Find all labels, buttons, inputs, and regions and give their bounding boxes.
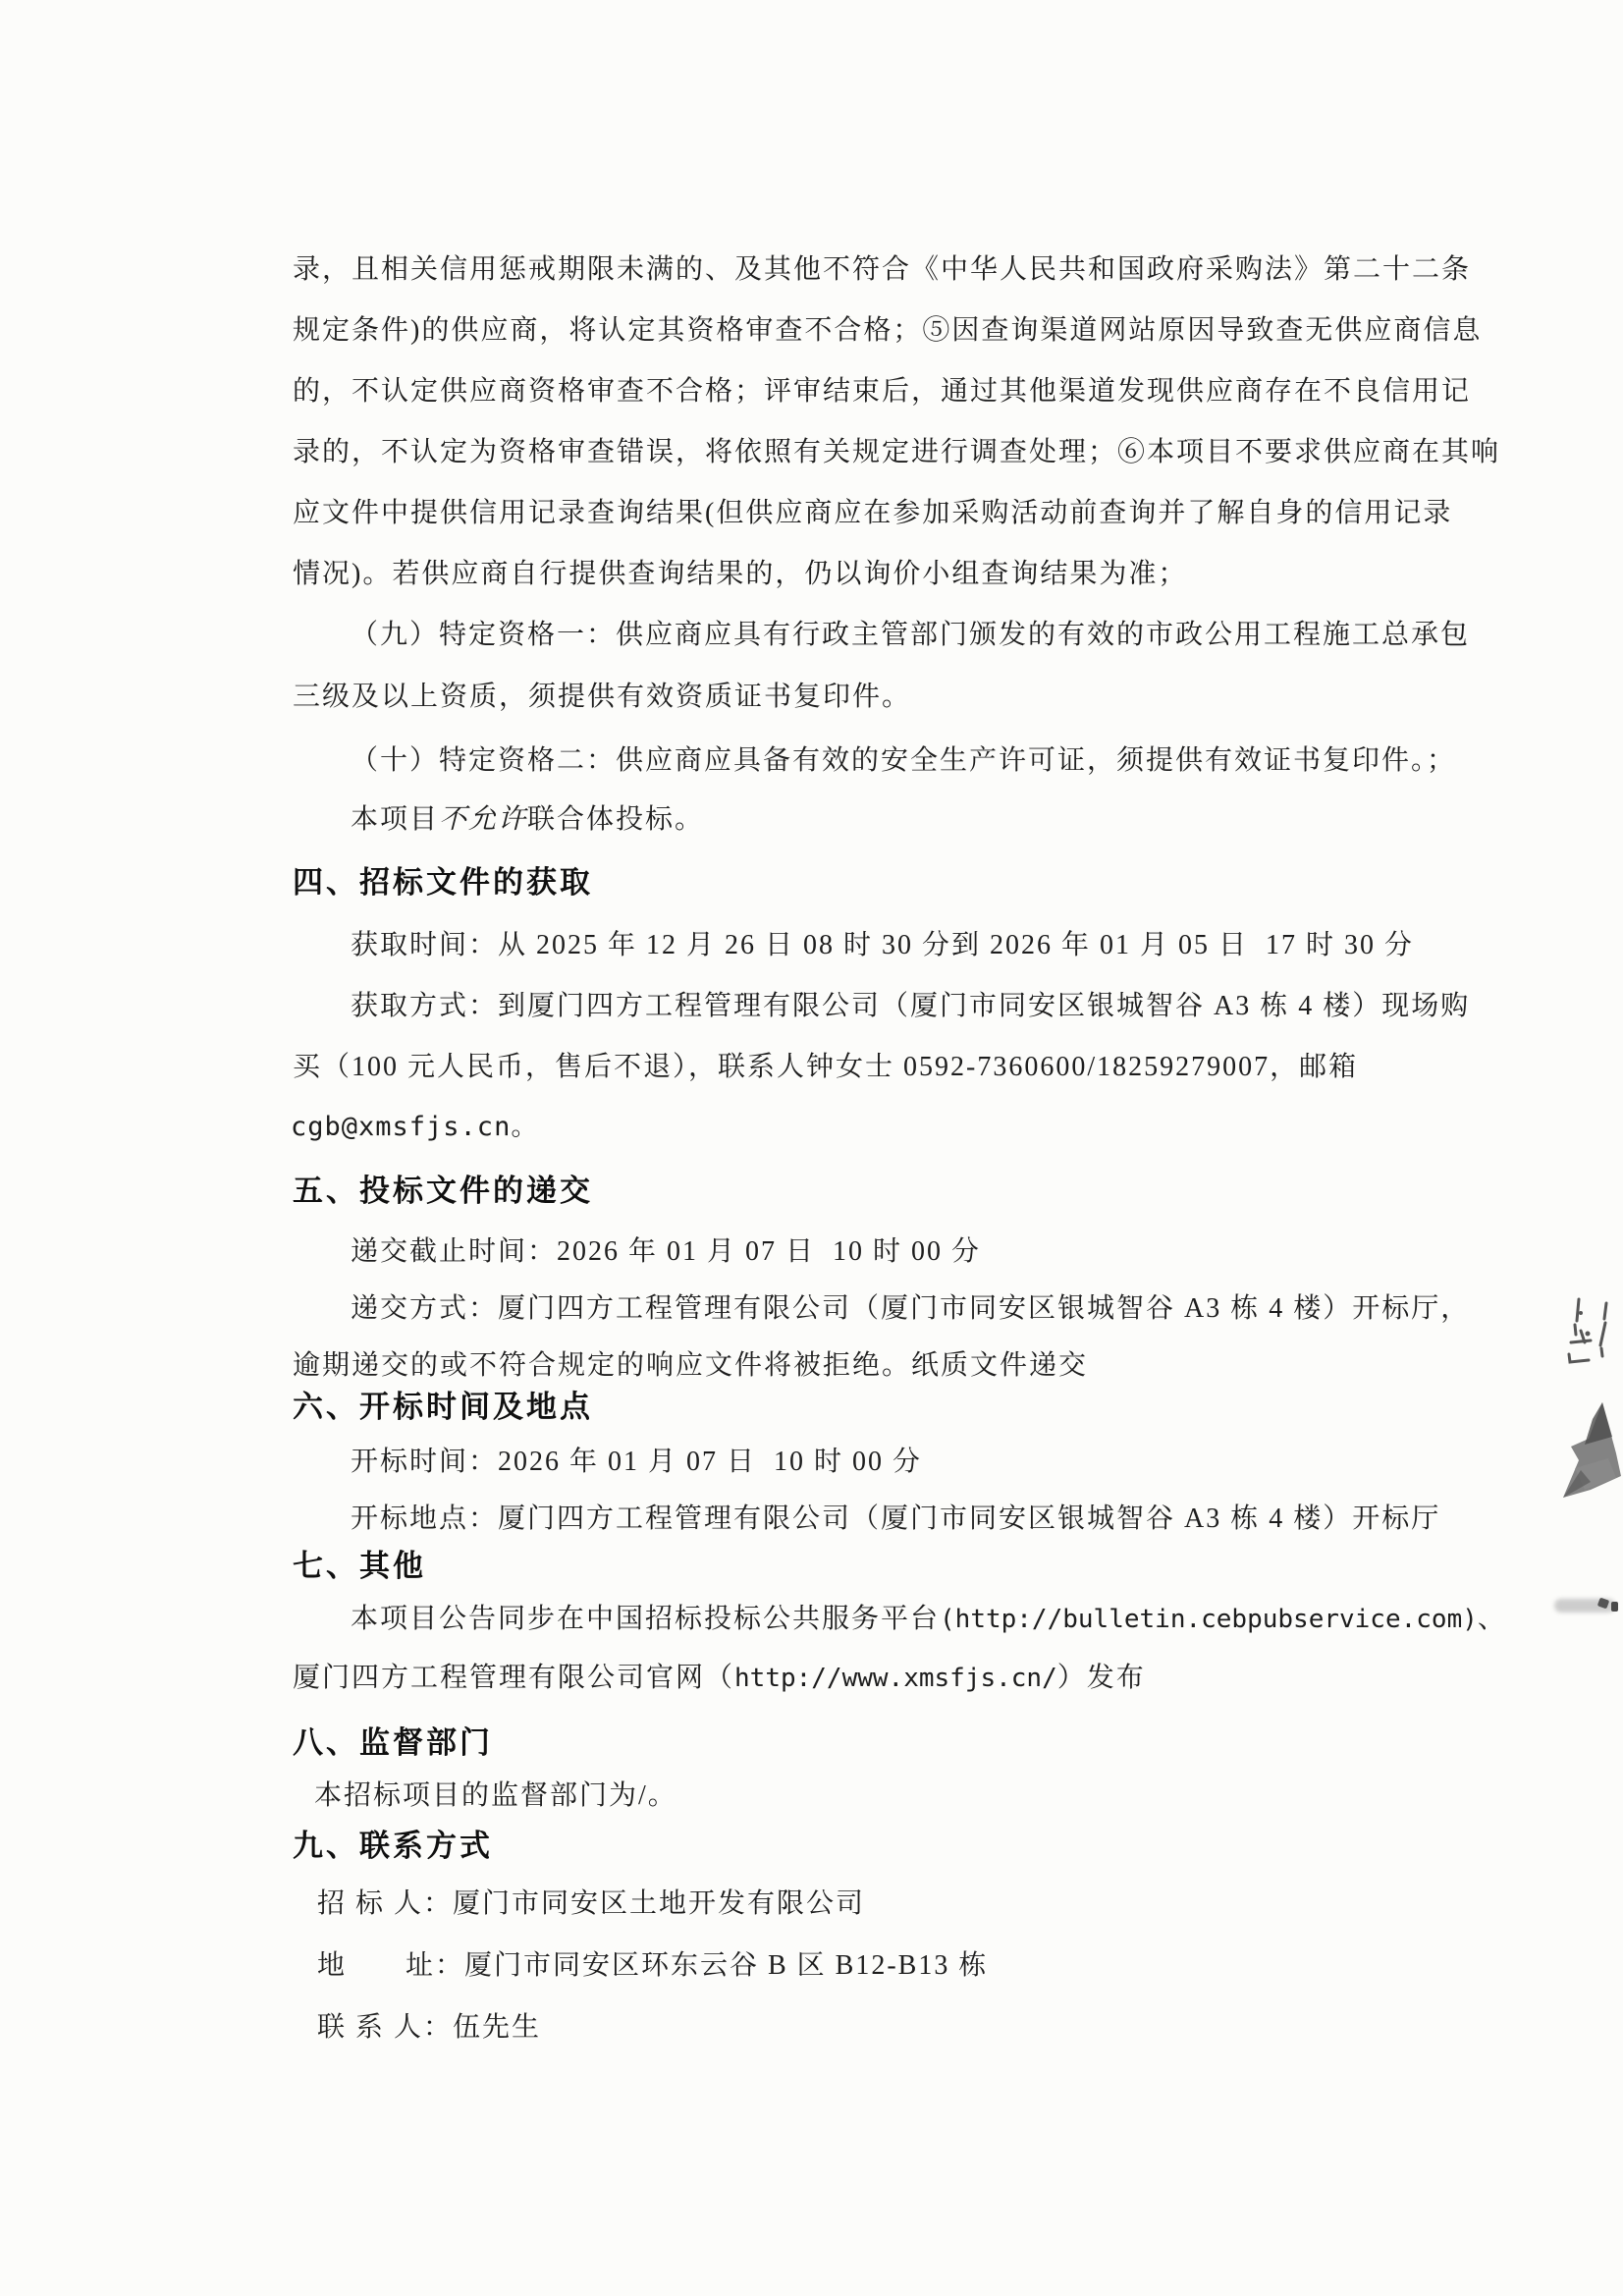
heading-section-7: 七、其他 xyxy=(293,1548,426,1584)
email-line: cgb@xmsfjs.cn。 xyxy=(291,1112,538,1143)
paragraph-line: 录的，不认定为资格审查错误，将依照有关规定进行调查处理；⑥本项目不要求供应商在其… xyxy=(293,436,1500,469)
open-time-line: 开标时间：2026 年 01 月 07 日 10 时 00 分 xyxy=(351,1446,922,1479)
heading-section-6: 六、开标时间及地点 xyxy=(293,1389,593,1425)
paragraph-line: 的，不认定供应商资格审查不合格；评审结束后，通过其他渠道发现供应商存在不良信用记 xyxy=(293,375,1471,409)
url-text: http://www.xmsfjs.cn/ xyxy=(734,1664,1057,1693)
text-run: 厦门四方工程管理有限公司官网（ xyxy=(293,1663,734,1693)
obtain-method-line: 获取方式：到厦门四方工程管理有限公司（厦门市同安区银城智谷 A3 栋 4 楼）现… xyxy=(351,990,1470,1023)
paragraph-line: 录，且相关信用惩戒期限未满的、及其他不符合《中华人民共和国政府采购法》第二十二条 xyxy=(293,253,1471,287)
ink-smudge-triangle xyxy=(1551,1399,1623,1503)
ink-scribble xyxy=(1561,1291,1620,1390)
paragraph-line: 三级及以上资质，须提供有效资质证书复印件。 xyxy=(293,681,911,714)
paragraph-line: 情况)。若供应商自行提供查询结果的，仍以询价小组查询结果为准； xyxy=(293,558,1187,591)
text-run: 联合体投标。 xyxy=(527,804,704,835)
url-text: (http://bulletin.cebpubservice.com) xyxy=(940,1605,1478,1634)
ink-streak-dot xyxy=(1611,1602,1618,1612)
open-place-line: 开标地点：厦门四方工程管理有限公司（厦门市同安区银城智谷 A3 栋 4 楼）开标… xyxy=(351,1503,1440,1536)
heading-section-5: 五、投标文件的递交 xyxy=(293,1173,593,1209)
address-line: 地 址：厦门市同安区环东云谷 B 区 B12-B13 栋 xyxy=(317,1949,988,1983)
heading-section-4: 四、招标文件的获取 xyxy=(293,864,593,901)
qualification-one-line: （九）特定资格一：供应商应具有行政主管部门颁发的有效的市政公用工程施工总承包 xyxy=(351,619,1470,652)
announce-platform-line: 本项目公告同步在中国招标投标公共服务平台(http://bulletin.ceb… xyxy=(351,1603,1507,1636)
text-run: 本项目 xyxy=(351,804,439,835)
text-run: ）发布 xyxy=(1057,1663,1146,1693)
paragraph-line: 规定条件)的供应商，将认定其资格审查不合格；⑤因查询渠道网站原因导致查无供应商信… xyxy=(293,314,1482,348)
heading-section-9: 九、联系方式 xyxy=(293,1828,493,1864)
supervisor-line: 本招标项目的监督部门为/。 xyxy=(314,1779,677,1813)
obtain-time-line: 获取时间：从 2025 年 12 月 26 日 08 时 30 分到 2026 … xyxy=(351,929,1414,962)
paragraph-line: 逾期递交的或不符合规定的响应文件将被拒绝。纸质文件递交 xyxy=(293,1349,1088,1383)
text-run: 不允许 xyxy=(439,804,527,835)
qualification-two-line: （十）特定资格二：供应商应具备有效的安全生产许可证，须提供有效证书复印件。； xyxy=(351,744,1456,778)
purchase-detail-line: 买（100 元人民币，售后不退），联系人钟女士 0592-7360600/182… xyxy=(293,1051,1358,1084)
announce-website-line: 厦门四方工程管理有限公司官网（http://www.xmsfjs.cn/）发布 xyxy=(293,1662,1146,1695)
text-run: 、 xyxy=(1478,1604,1507,1634)
heading-section-8: 八、监督部门 xyxy=(293,1724,493,1761)
tenderer-line: 招 标 人：厦门市同安区土地开发有限公司 xyxy=(317,1887,865,1921)
contact-person-line: 联 系 人：伍先生 xyxy=(317,2011,541,2045)
submit-method-line: 递交方式：厦门四方工程管理有限公司（厦门市同安区银城智谷 A3 栋 4 楼）开标… xyxy=(351,1292,1470,1326)
paragraph-line: 应文件中提供信用记录查询结果(但供应商应在参加采购活动前查询并了解自身的信用记录 xyxy=(293,497,1452,530)
no-consortium-line: 本项目不允许联合体投标。 xyxy=(351,803,704,837)
submit-deadline-line: 递交截止时间：2026 年 01 月 07 日 10 时 00 分 xyxy=(351,1235,981,1269)
document-page: 录，且相关信用惩戒期限未满的、及其他不符合《中华人民共和国政府采购法》第二十二条… xyxy=(0,0,1623,2296)
text-run: 本项目公告同步在中国招标投标公共服务平台 xyxy=(351,1604,940,1634)
